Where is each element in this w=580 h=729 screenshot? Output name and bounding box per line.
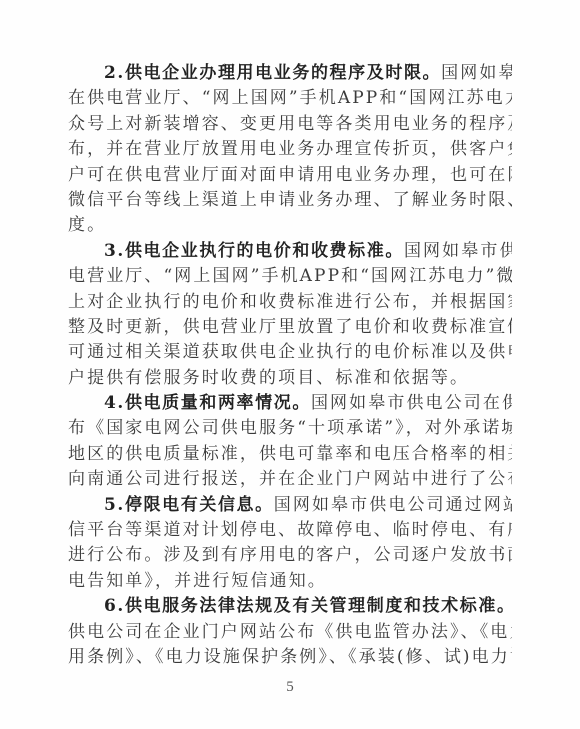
section-4-line-3: 地区的供电质量标准，供电可靠率和电压合格率的相关数据每季度 [68, 442, 512, 467]
section-6-heading: 6.供电服务法律法规及有关管理制度和技术标准。 [104, 596, 512, 616]
section-4-line-1: 4.供电质量和两率情况。国网如皋市供电公司在供电营业厅公 [68, 391, 512, 416]
body-text: 国网如皋市供电公司在供 [404, 241, 512, 261]
document-body: 2.供电企业办理用电业务的程序及时限。国网如皋市供电公司 在供电营业厅、“网上国… [68, 61, 512, 670]
section-5-heading: 5.停限电有关信息。 [104, 495, 274, 515]
document-page: 2.供电企业办理用电业务的程序及时限。国网如皋市供电公司 在供电营业厅、“网上国… [0, 0, 580, 729]
section-2-line-6: 微信平台等线上渠道上申请业务办理、了解业务时限、查询业务进 [68, 188, 512, 213]
section-4-line-2: 布《国家电网公司供电服务“十项承诺”》，对外承诺城市和农村 [68, 416, 512, 441]
section-5-line-4: 电告知单》，并进行短信通知。 [68, 569, 512, 594]
section-3-line-1: 3.供电企业执行的电价和收费标准。国网如皋市供电公司在供 [68, 239, 512, 264]
section-5-line-3: 进行公布。涉及到有序用电的客户，公司逐户发放书面的《有序用 [68, 543, 512, 568]
section-2-line-5: 户可在供电营业厅面对面申请用电业务办理，也可在网站、APP、 [68, 163, 512, 188]
section-4-line-4: 向南通公司进行报送，并在企业门户网站中进行了公布。 [68, 467, 512, 492]
section-2-line-2: 在供电营业厅、“网上国网”手机APP和“国网江苏电力”微信公 [68, 86, 512, 111]
section-3-heading: 3.供电企业执行的电价和收费标准。 [104, 241, 404, 261]
section-3-line-3: 上对企业执行的电价和收费标准进行公布，并根据国家电价政策调 [68, 290, 512, 315]
page-number: 5 [0, 679, 580, 696]
body-text: 国网如皋市供电公司在供电营业厅公 [311, 393, 512, 413]
section-3-line-4: 整及时更新，供电营业厅里放置了电价和收费标准宣传折页，客户 [68, 315, 512, 340]
section-2-line-7: 度。 [68, 213, 512, 238]
section-2-line-4: 布，并在营业厅放置用电业务办理宣传折页，供客户免费取阅。客 [68, 137, 512, 162]
section-5-line-1: 5.停限电有关信息。国网如皋市供电公司通过网站、报纸、微 [68, 493, 512, 518]
section-4-heading: 4.供电质量和两率情况。 [104, 393, 311, 413]
section-3-line-2: 电营业厅、“网上国网”手机APP和“国网江苏电力”微信公众号 [68, 264, 512, 289]
body-text: 国网如皋市供电公司通过网站、报纸、微 [274, 495, 512, 515]
section-6-line-3: 用条例》、《电力设施保护条例》、《承装(修、试)电力设施许可 [68, 645, 512, 670]
section-5-line-2: 信平台等渠道对计划停电、故障停电、临时停电、有序用电等信息 [68, 518, 512, 543]
section-2-line-1: 2.供电企业办理用电业务的程序及时限。国网如皋市供电公司 [68, 61, 512, 86]
section-3-line-5: 可通过相关渠道获取供电企业执行的电价标准以及供电企业向用 [68, 340, 512, 365]
section-6-line-2: 供电公司在企业门户网站公布《供电监管办法》、《电力供应与使 [68, 620, 512, 645]
section-2-line-3: 众号上对新装增容、变更用电等各类用电业务的程序及时限进行公 [68, 112, 512, 137]
section-3-line-6: 户提供有偿服务时收费的项目、标准和依据等。 [68, 366, 512, 391]
body-text: 国网如皋市供电公司 [441, 63, 512, 83]
section-2-heading: 2.供电企业办理用电业务的程序及时限。 [104, 63, 441, 83]
section-6-line-1: 6.供电服务法律法规及有关管理制度和技术标准。国网如皋市 [68, 594, 512, 619]
